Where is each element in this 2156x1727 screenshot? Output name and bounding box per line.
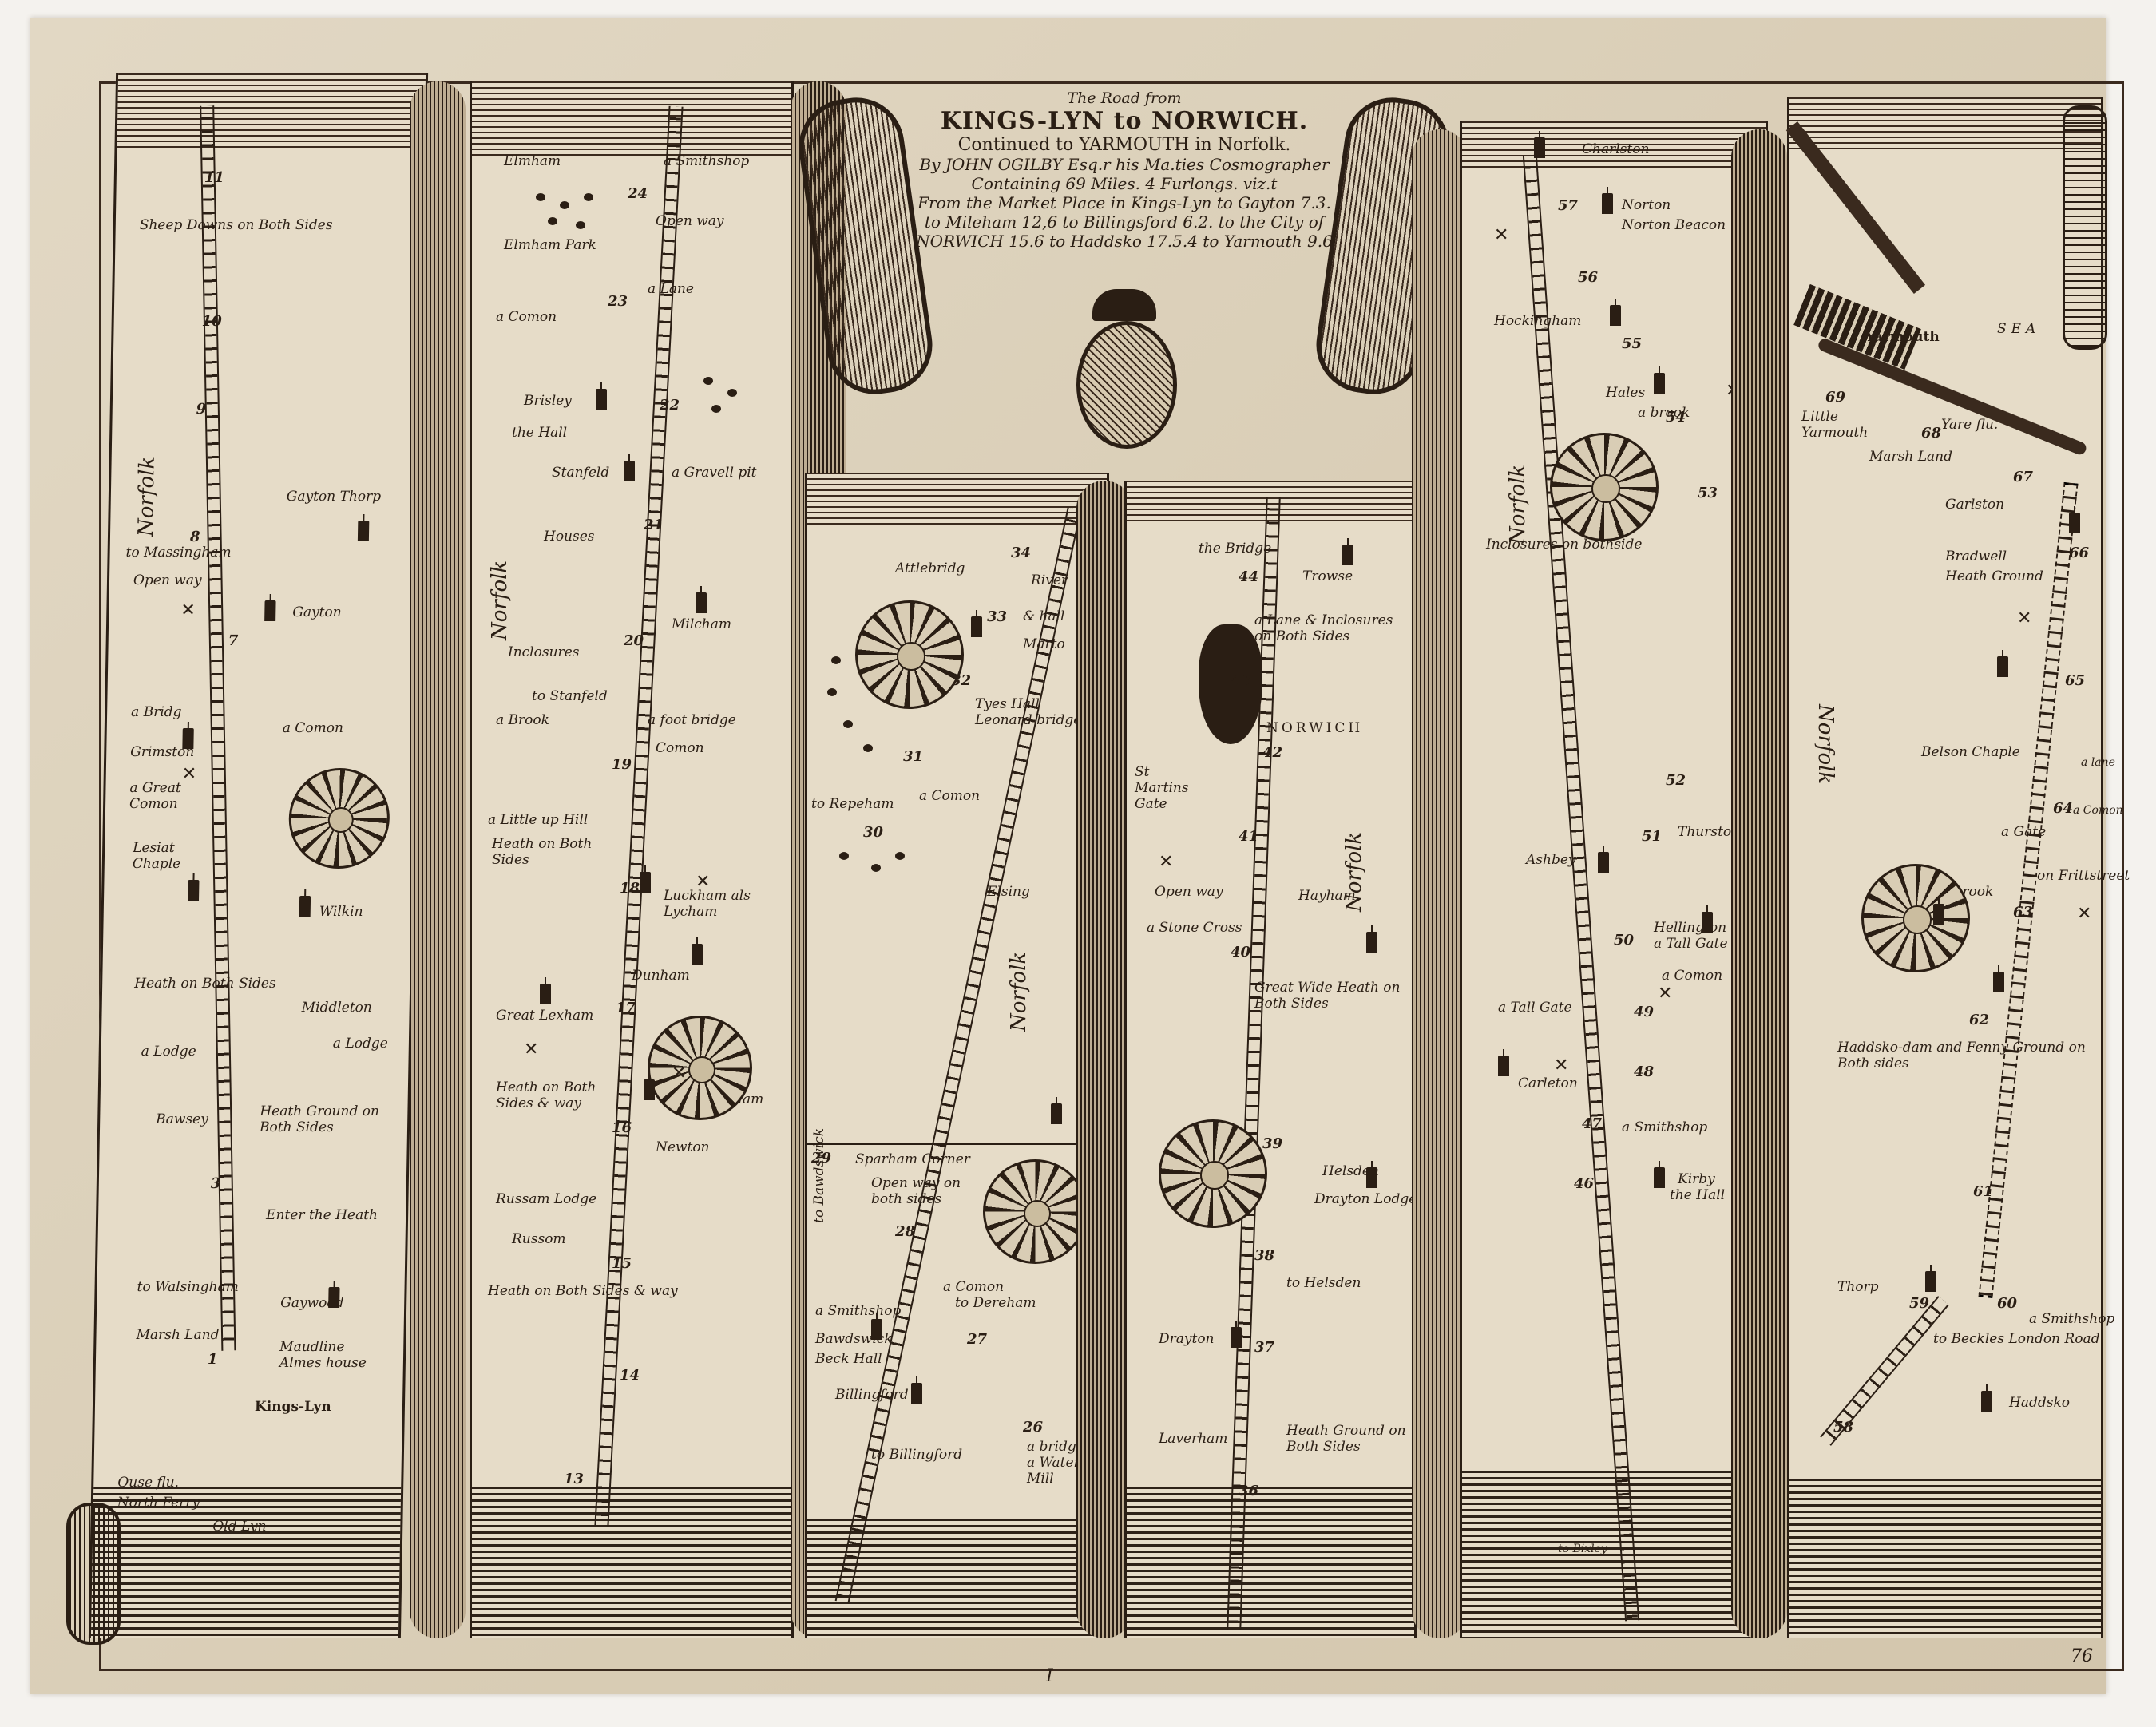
church-icon (264, 600, 275, 621)
county-label: Norfolk (1506, 465, 1530, 545)
place-label: Hellington (1654, 920, 1726, 936)
mile-marker: 49 (1634, 1004, 1654, 1020)
mile-marker: 31 (903, 748, 923, 765)
church-icon (871, 1319, 882, 1340)
church-icon (1342, 545, 1353, 565)
place-label: Elmham Park (504, 237, 596, 253)
windmill-icon: ✕ (696, 872, 710, 892)
place-label: River (1031, 572, 1068, 588)
scroll-top-hatch (117, 73, 426, 149)
mile-marker: 48 (1634, 1064, 1654, 1080)
mile-marker: 59 (1909, 1295, 1929, 1312)
place-label: Trowse (1302, 568, 1353, 584)
place-label: Wilkin (319, 904, 363, 920)
place-label: a Smithshop (2029, 1311, 2114, 1327)
place-label: Haddsko-dam and Fenny Ground on Both sid… (1837, 1040, 2093, 1071)
mile-marker: 10 (202, 313, 222, 330)
town-label: NORWICH (1266, 720, 1363, 736)
strip-2: 24 23 22 21 20 19 18 17 16 15 14 13 Elmh… (470, 81, 794, 1638)
place-label: to Dereham (955, 1295, 1036, 1311)
place-label: a Smithshop (1622, 1119, 1707, 1135)
church-icon (1997, 656, 2008, 677)
mile-marker: 13 (564, 1471, 584, 1487)
place-label: Heath on Both Sides (492, 836, 596, 868)
mile-marker: 1 (208, 1351, 218, 1368)
place-label: Norton Beacon (1622, 217, 1726, 233)
place-label: Beck Hall (815, 1351, 882, 1367)
church-icon (1598, 852, 1609, 873)
place-label: Great Wide Heath on Both Sides (1254, 980, 1406, 1012)
scroll-top-hatch (807, 473, 1107, 525)
church-icon (1933, 904, 1944, 925)
place-label: Open way on both sides (871, 1175, 975, 1207)
place-label: Middleton (302, 1000, 372, 1016)
road (594, 106, 683, 1527)
mile-marker: 41 (1239, 828, 1258, 845)
route-line-1: From the Market Place in Kings-Lyn to Ga… (893, 193, 1356, 212)
mile-marker: 37 (1254, 1339, 1274, 1356)
mile-marker: 60 (1997, 1295, 2017, 1312)
distance-line: Containing 69 Miles. 4 Furlongs. viz.t (893, 174, 1356, 193)
mile-marker: 36 (1239, 1483, 1258, 1499)
church-icon (1981, 1391, 1992, 1412)
place-label: Elmham (504, 153, 561, 169)
place-label: a Tall Gate (1654, 936, 1728, 952)
place-label: Bawsey (156, 1111, 208, 1127)
mile-marker: 58 (1833, 1419, 1853, 1436)
place-label: a Comon (1662, 968, 1722, 984)
mile-marker: 57 (1558, 197, 1578, 214)
place-label: a Lodge (141, 1044, 196, 1060)
place-label: a foot bridge (648, 712, 736, 728)
mile-marker: 67 (2013, 469, 2033, 485)
place-label: a Lane & Inclosures on Both Sides (1254, 612, 1398, 644)
church-icon (1534, 137, 1545, 158)
place-label: a Smithshop (664, 153, 749, 169)
place-label: to Repeham (811, 796, 894, 812)
mile-marker: 44 (1239, 568, 1258, 585)
county-label: Norfolk (1813, 704, 1837, 784)
church-icon (1366, 932, 1377, 953)
church-icon (911, 1383, 922, 1404)
tree-icon (843, 720, 853, 728)
mile-marker: 20 (624, 632, 644, 649)
page-number: 76 (2071, 1646, 2093, 1666)
place-label: Russom (512, 1231, 566, 1247)
place-label: a Gate (2001, 824, 2046, 840)
mile-marker: 56 (1578, 269, 1598, 286)
church-icon (596, 389, 607, 410)
mile-marker: 9 (196, 401, 207, 418)
place-label: Belson Chaple (1921, 744, 2020, 760)
place-label: a Gravell pit (672, 465, 756, 481)
church-icon (540, 984, 551, 1004)
place-label: a Stone Cross (1147, 920, 1242, 936)
scroll-curl (410, 81, 466, 1638)
road (200, 105, 236, 1351)
church-icon (624, 461, 635, 481)
mile-marker: 18 (620, 880, 640, 897)
church-icon (188, 880, 199, 901)
mile-marker: 16 (612, 1119, 632, 1136)
windmill-icon: ✕ (180, 600, 196, 620)
place-label: Marsh Land (136, 1327, 219, 1343)
church-icon (1602, 193, 1613, 214)
place-label: Drayton (1159, 1331, 1215, 1347)
mile-marker: 65 (2065, 672, 2085, 689)
mile-marker: 23 (608, 293, 628, 310)
place-label: Marsh Land (1869, 449, 1952, 465)
route-line-3: NORWICH 15.6 to Haddsko 17.5.4 to Yarmou… (893, 232, 1356, 251)
cartouche-text: The Road from KINGS-LYN to NORWICH. Cont… (893, 89, 1356, 251)
mile-marker: 68 (1921, 425, 1941, 442)
place-label: Tyes Hall (975, 696, 1040, 712)
place-label: Maudline Almes house (279, 1339, 368, 1371)
mile-marker: 43 (1231, 672, 1250, 689)
mile-marker: 47 (1582, 1115, 1602, 1132)
place-label: St Martins Gate (1135, 764, 1199, 812)
windmill-icon: ✕ (1554, 1056, 1568, 1075)
tree-icon (863, 744, 873, 752)
place-label: Great Lexham (496, 1008, 593, 1024)
place-label: & hall (1023, 608, 1065, 624)
mile-marker: 7 (228, 632, 239, 649)
mile-marker: 3 (211, 1175, 221, 1192)
place-label: Open way (656, 213, 724, 229)
place-label: Carleton (1518, 1075, 1578, 1091)
tree-icon (839, 852, 849, 860)
tree-icon (727, 389, 737, 397)
place-label: Heath on Both Sides (134, 976, 276, 992)
compass-rose-icon (288, 768, 390, 869)
place-label: to Billingford (871, 1447, 962, 1463)
windmill-icon: ✕ (1494, 225, 1508, 245)
place-label: a Little up Hill (488, 812, 588, 828)
place-label: Sheep Downs on Both Sides (140, 217, 333, 233)
tree-icon (827, 688, 837, 696)
place-label: Marto (1023, 636, 1065, 652)
windmill-icon: ✕ (1658, 984, 1672, 1004)
windmill-icon: ✕ (672, 1064, 686, 1083)
place-label: Milcham (672, 616, 731, 632)
church-icon (1925, 1271, 1936, 1292)
mile-marker: 17 (616, 1000, 636, 1016)
place-label: Brisley (524, 393, 572, 409)
place-label: a Lodge (333, 1036, 388, 1052)
title-line-2: KINGS-LYN to NORWICH. (893, 107, 1356, 135)
mile-marker: 11 (204, 169, 224, 186)
place-label: Lesiat Chaple (133, 840, 197, 872)
place-label: Comon (656, 740, 704, 756)
place-label: to Bixley (1558, 1543, 1607, 1555)
place-label: a brook (1638, 405, 1690, 421)
place-label: Garlston (1945, 497, 2004, 513)
church-icon (1366, 1167, 1377, 1188)
tree-icon (831, 656, 841, 664)
place-label: Enter the Heath (266, 1207, 378, 1223)
title-line-3: Continued to YARMOUTH in Norfolk. (893, 135, 1356, 155)
tree-icon (895, 852, 905, 860)
compass-rose-icon (1861, 864, 1970, 972)
strip-4: 44 43 42 41 40 39 38 37 36 the Bridge Tr… (1124, 481, 1417, 1638)
place-label: Norton (1622, 197, 1671, 213)
church-icon (696, 592, 707, 613)
map-sheet: 11 10 9 8 7 5 3 1 Sheep Downs on Both Si… (30, 18, 2106, 1694)
place-label: a Smithshop (815, 1303, 901, 1319)
mile-marker: 15 (612, 1255, 632, 1272)
tree-icon (560, 201, 569, 209)
mile-marker: 30 (863, 824, 883, 841)
church-icon (640, 872, 651, 893)
place-label: Bradwell (1945, 549, 2007, 564)
church-icon (644, 1079, 655, 1100)
mile-marker: 51 (1642, 828, 1662, 845)
place-label: Newton (656, 1139, 710, 1155)
mile-marker: 24 (628, 185, 648, 202)
mile-marker: 14 (620, 1367, 640, 1384)
place-label: Haddsko (2009, 1395, 2070, 1411)
church-icon (1498, 1056, 1509, 1076)
place-label: Drayton Lodge (1314, 1191, 1417, 1207)
place-label: Hales (1606, 385, 1645, 401)
sea-label: SEA (1997, 321, 2040, 337)
place-label: Open way (133, 572, 202, 588)
place-label: Open way (1155, 884, 1223, 900)
tree-icon (703, 377, 713, 385)
place-label: a Great Comon (129, 780, 210, 812)
title-line-1: The Road from (893, 89, 1356, 107)
mile-marker: 22 (660, 397, 680, 414)
church-icon (692, 944, 703, 965)
scroll-top-hatch (472, 81, 791, 157)
place-label: Heath Ground (1945, 568, 2043, 584)
county-label: Norfolk (1342, 832, 1366, 912)
windmill-icon: ✕ (524, 1040, 538, 1060)
place-label: Stanfeld (552, 465, 609, 481)
mile-marker: 38 (1254, 1247, 1274, 1264)
tree-icon (548, 217, 557, 225)
town-label: Yarmouth (1865, 329, 1940, 345)
strip-3: 34 33 32 31 30 29 28 27 26 Attlebridg Ri… (805, 473, 1109, 1638)
scroll-end-curl (2063, 105, 2107, 350)
place-label: Leonard bridge (975, 712, 1081, 728)
mile-marker: 50 (1614, 932, 1634, 949)
tree-icon (584, 193, 593, 201)
mile-marker: 61 (1973, 1183, 1993, 1200)
place-label: Heath on Both Sides & way (488, 1283, 678, 1299)
place-label: the Bridge (1199, 541, 1271, 557)
church-icon (1654, 373, 1665, 394)
author-line: By JOHN OGILBY Esq.r his Ma.ties Cosmogr… (893, 155, 1356, 174)
place-label: on Frittstreet (2037, 868, 2130, 884)
mile-marker: 53 (1698, 485, 1718, 501)
place-label: North Ferry (117, 1495, 200, 1511)
place-label: Elsing (987, 884, 1030, 900)
place-label: a Comon (2073, 804, 2123, 817)
mile-marker: 66 (2069, 545, 2089, 561)
county-label: Norfolk (134, 457, 160, 537)
windmill-icon: ✕ (1159, 852, 1173, 872)
mile-marker: 8 (190, 529, 200, 545)
compass-rose-icon (983, 1159, 1088, 1264)
place-label: a lane (2081, 756, 2115, 769)
place-label: Gayton Thorp (287, 489, 382, 505)
church-icon (1051, 1103, 1062, 1124)
mile-marker: 26 (1023, 1419, 1043, 1436)
place-label: Sparham Corner (855, 1151, 970, 1167)
place-label: Luckham als Lycham (664, 888, 759, 920)
windmill-icon: ✕ (2077, 904, 2091, 924)
mile-marker: 19 (612, 756, 632, 773)
place-label: a Brook (496, 712, 549, 728)
mile-marker: 52 (1666, 772, 1686, 789)
mile-marker: 62 (1969, 1012, 1989, 1028)
place-label: Billingford (835, 1387, 909, 1403)
place-label: Charlston (1582, 141, 1649, 157)
place-label: a Comon (283, 720, 343, 736)
tree-icon (871, 864, 881, 872)
mile-marker: 42 (1262, 744, 1282, 761)
place-label: Houses (544, 529, 595, 545)
mile-marker: 40 (1231, 944, 1250, 961)
garter-shield-icon (1076, 321, 1177, 449)
compass-rose-icon (1550, 433, 1659, 541)
strip-divider (807, 1143, 1107, 1145)
church-icon (328, 1287, 339, 1308)
church-icon (358, 521, 369, 541)
tree-icon (536, 193, 545, 201)
compass-rose-icon (855, 600, 964, 709)
place-label: to Massingham (125, 545, 231, 560)
title-cartouche: The Road from KINGS-LYN to NORWICH. Cont… (813, 89, 1436, 465)
royal-coat-of-arms-icon (1076, 289, 1172, 449)
mile-marker: 63 (2013, 904, 2033, 921)
crown-icon (1092, 289, 1156, 321)
strip-6: 69 68 67 66 65 64 63 62 61 60 59 58 SEA … (1787, 97, 2103, 1638)
place-label: to Beckles London Road (1933, 1331, 2099, 1347)
place-label: Heath Ground on Both Sides (1286, 1423, 1406, 1455)
place-label: Inclosures (508, 644, 579, 660)
scroll-bottom-hatch (1789, 1479, 2101, 1638)
church-icon (182, 728, 193, 749)
windmill-icon: ✕ (182, 764, 197, 784)
place-label: Kirby (1678, 1171, 1715, 1187)
mile-marker: 46 (1574, 1175, 1594, 1192)
mile-marker: 64 (2053, 800, 2073, 817)
tree-icon (711, 405, 721, 413)
scroll-start-curl (66, 1503, 121, 1645)
place-label: the Hall (1670, 1187, 1725, 1203)
road (1523, 155, 1639, 1622)
place-label: Ouse flu. (117, 1475, 179, 1491)
mile-marker: 69 (1825, 389, 1845, 406)
church-icon (971, 616, 982, 637)
scroll-bottom-hatch (1462, 1471, 1766, 1638)
place-label: a Tall Gate (1498, 1000, 1572, 1016)
church-icon (1610, 305, 1621, 326)
place-label: a Comon (496, 309, 557, 325)
scroll-curl (1731, 129, 1787, 1638)
place-label: Dunham (632, 968, 690, 984)
mile-marker: 27 (967, 1331, 987, 1348)
place-label: Little Yarmouth (1801, 409, 1865, 441)
route-line-2: to Mileham 12,6 to Billingsford 6.2. to … (893, 212, 1356, 232)
plate-mark: I (1046, 1666, 1053, 1686)
place-label: Thorp (1837, 1279, 1879, 1295)
county-label: Norfolk (488, 560, 512, 640)
place-label: Gayton (292, 604, 342, 620)
mile-marker: 34 (1011, 545, 1031, 561)
place-label: a Bridg (131, 704, 182, 720)
place-label: Hockingham (1494, 313, 1581, 329)
place-label: to Walsingham (137, 1279, 239, 1295)
mile-marker: 33 (987, 608, 1007, 625)
place-label: Yare flu. (1941, 417, 1998, 433)
mile-marker: 21 (644, 517, 664, 533)
compass-rose-icon (1159, 1119, 1267, 1228)
place-label: to Helsden (1286, 1275, 1361, 1291)
tree-icon (576, 221, 585, 229)
town-label: Kings-Lyn (255, 1399, 331, 1415)
strip-5: 57 56 55 54 53 52 51 50 49 48 47 46 Char… (1460, 121, 1768, 1638)
mile-marker: 28 (895, 1223, 915, 1240)
compass-rose-icon (648, 1016, 752, 1120)
place-label: a Comon (943, 1279, 1004, 1295)
place-label: Heath on Both Sides & way (496, 1079, 600, 1111)
church-icon (1654, 1167, 1665, 1188)
scroll-bottom-hatch (1127, 1487, 1414, 1638)
place-label: Laverham (1159, 1431, 1227, 1447)
scroll-top-hatch (1789, 97, 2101, 153)
place-label: a Lane (648, 281, 694, 297)
mile-marker: 55 (1622, 335, 1642, 352)
place-label: to Stanfeld (532, 688, 608, 704)
strip-1: 11 10 9 8 7 5 3 1 Sheep Downs on Both Si… (89, 73, 428, 1638)
county-label: Norfolk (1007, 952, 1031, 1032)
windmill-icon: ✕ (2017, 608, 2031, 628)
church-icon (1231, 1327, 1242, 1348)
place-label: Old Lyn (212, 1519, 267, 1535)
church-icon (1993, 972, 2004, 992)
scroll-bottom-hatch (472, 1487, 791, 1638)
place-label: to Bawdswick (811, 1128, 827, 1223)
church-icon (1702, 912, 1713, 933)
place-label: Russam Lodge (496, 1191, 596, 1207)
place-label: a Comon (919, 788, 980, 804)
place-label: Attlebridg (895, 560, 965, 576)
mile-marker: 39 (1262, 1135, 1282, 1152)
place-label: Ashbey (1526, 852, 1576, 868)
church-icon (299, 896, 311, 917)
place-label: the Hall (512, 425, 567, 441)
place-label: Heath Ground on Both Sides (260, 1103, 380, 1135)
church-icon (2069, 513, 2080, 533)
